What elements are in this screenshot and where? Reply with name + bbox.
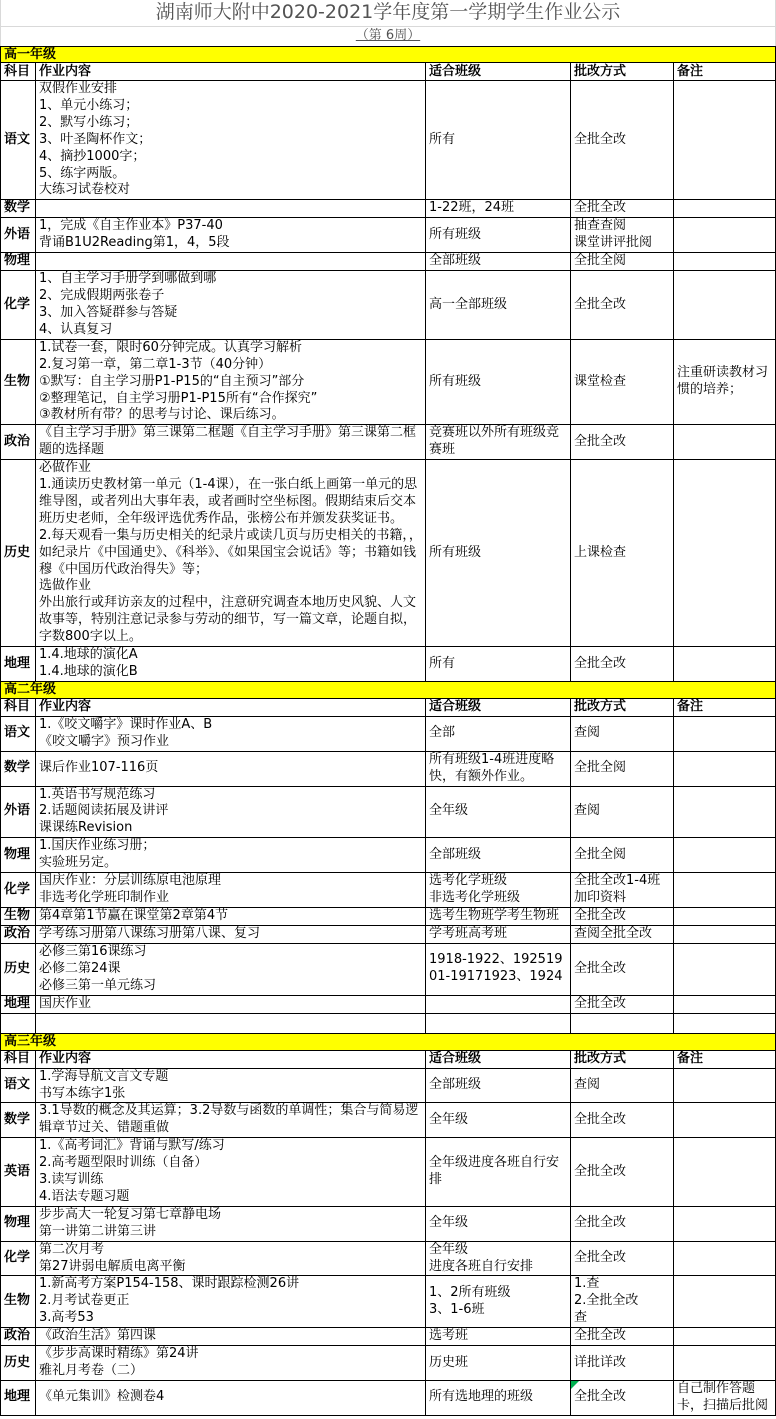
column-header: 批改方式 [571, 63, 674, 81]
content-cell-text: 《自主学习手册》第三课第二框题《自主学习手册》第三课第二框题的选择题 [39, 425, 422, 459]
grading-cell: 抽查查阅 课堂讲评批阅 [571, 218, 674, 253]
column-header: 备注 [674, 1051, 776, 1069]
grading-cell: 查阅 [571, 717, 674, 752]
column-header: 科目 [1, 63, 36, 81]
content-cell-text: 《政治生活》第四课 [39, 1328, 422, 1345]
table-row: 物理全部班级全批全阅 [1, 253, 776, 271]
subject-cell: 政治 [1, 926, 36, 944]
column-header: 批改方式 [571, 1051, 674, 1069]
subject-cell-text: 数学 [4, 1112, 32, 1129]
notes-cell [674, 1276, 776, 1328]
subject-cell: 地理 [1, 996, 36, 1014]
content-cell: 国庆作业 [36, 996, 426, 1014]
homework-notice-sheet: 湖南师大附中2020-2021学年度第一学期学生作业公示 （第 6周） 高一年级… [0, 0, 776, 1419]
content-cell: 1.新高考方案P154-158、课时跟踪检测26讲 2.月考试卷更正 3.高考5… [36, 1276, 426, 1328]
column-header-label: 批改方式 [574, 1051, 670, 1067]
content-cell-text: 课后作业107-116页 [39, 760, 422, 777]
subject-cell-text: 历史 [4, 961, 32, 978]
classes-cell: 选考化学班级 非选考化学班级 [426, 873, 571, 908]
classes-cell-text: 学考班高考班 [429, 926, 567, 943]
content-cell: 1.国庆作业练习册； 实验班另定。 [36, 838, 426, 873]
classes-cell-text: 所有 [429, 656, 567, 673]
subject-cell-text: 化学 [4, 1250, 32, 1267]
grading-cell-text: 全批全改 [574, 656, 670, 673]
notes-cell [674, 717, 776, 752]
content-cell-text: 1，完成《自主作业本》P37-40 背诵B1U2Reading第1，4，5段 [39, 218, 422, 252]
content-cell-text: 1.4.地球的演化A 1.4.地球的演化B [39, 647, 422, 681]
grading-cell-text: 全批全改 [574, 1250, 670, 1267]
document-title: 湖南师大附中2020-2021学年度第一学期学生作业公示 [1, 0, 775, 27]
notes-cell: 自己制作答题卡，扫描后批阅 [674, 1381, 776, 1416]
subject-cell [1, 1014, 36, 1034]
classes-cell [426, 1014, 571, 1034]
grading-cell: 全批全阅 [571, 752, 674, 787]
classes-cell: 所有选地理的班级 [426, 1381, 571, 1416]
notes-cell [674, 996, 776, 1014]
content-cell [36, 200, 426, 218]
grading-cell-text: 查阅 [574, 803, 670, 820]
table-row: 语文双假作业安排 1、单元小练习； 2、默写小练习； 3、叶圣陶杯作文； 4、摘… [1, 81, 776, 200]
column-header-label: 作业内容 [39, 1051, 422, 1067]
column-header-label: 备注 [677, 699, 772, 715]
grading-cell: 全批全改 [571, 944, 674, 996]
grading-cell-text: 全批全改 [574, 1389, 670, 1406]
notes-cell [674, 1138, 776, 1207]
grading-cell: 全批全阅 [571, 253, 674, 271]
classes-cell-text: 全年级 [429, 1112, 567, 1129]
grading-cell: 全批全改 [571, 1138, 674, 1207]
classes-cell-text: 全部 [429, 725, 567, 742]
content-cell-text: 国庆作业：分层训练原电池原理 非选考化学班印制作业 [39, 873, 422, 907]
classes-cell-text: 全年级进度各班自行安排 [429, 1155, 567, 1189]
subject-cell: 历史 [1, 1346, 36, 1381]
classes-cell [426, 996, 571, 1014]
subject-cell: 语文 [1, 717, 36, 752]
content-cell-text: 第二次月考 第27讲弱电解质电离平衡 [39, 1242, 422, 1276]
grading-cell-text: 全批全改 [574, 1112, 670, 1129]
classes-cell: 所有 [426, 647, 571, 682]
grading-cell: 全批全改 [571, 1103, 674, 1138]
classes-cell-text: 1、2所有班级 3、1-6班 [429, 1285, 567, 1319]
subject-cell: 地理 [1, 1381, 36, 1416]
grading-cell: 全批全改 [571, 1242, 674, 1277]
subject-cell: 化学 [1, 873, 36, 908]
grading-cell: 全批全阅 [571, 838, 674, 873]
classes-cell-text: 选考生物班学考生物班 [429, 908, 567, 925]
content-cell-text: 双假作业安排 1、单元小练习； 2、默写小练习； 3、叶圣陶杯作文； 4、摘抄1… [39, 81, 422, 199]
column-header: 批改方式 [571, 699, 674, 717]
subject-cell-text: 政治 [4, 1328, 32, 1345]
grading-cell: 查阅 [571, 787, 674, 839]
subject-cell: 外语 [1, 218, 36, 253]
grade-sections: 高一年级科目作业内容适合班级批改方式备注语文双假作业安排 1、单元小练习； 2、… [0, 46, 776, 1416]
column-header: 适合班级 [426, 1051, 571, 1069]
subject-cell-text: 化学 [4, 297, 32, 314]
column-header-label: 科目 [4, 699, 32, 715]
grading-cell: 全批全改 [571, 1328, 674, 1346]
table-row [1, 1014, 776, 1034]
comment-marker-icon [571, 1381, 579, 1389]
content-cell-text: 学考练习册第八课练习册第八课、复习 [39, 926, 422, 943]
notes-cell [674, 752, 776, 787]
classes-cell: 全部班级 [426, 1069, 571, 1104]
column-header-label: 批改方式 [574, 699, 670, 715]
notes-cell [674, 1346, 776, 1381]
subject-cell-text: 物理 [4, 1215, 32, 1232]
classes-cell: 1918-1922、19251901-19171923、1924 [426, 944, 571, 996]
classes-cell: 学考班高考班 [426, 926, 571, 944]
classes-cell: 选考生物班学考生物班 [426, 908, 571, 926]
classes-cell-text: 选考班 [429, 1328, 567, 1345]
grading-cell-text: 全批全改 [574, 961, 670, 978]
classes-cell: 高一全部班级 [426, 271, 571, 340]
subject-cell-text: 地理 [4, 1389, 32, 1406]
notes-cell [674, 1069, 776, 1104]
content-cell: 学考练习册第八课练习册第八课、复习 [36, 926, 426, 944]
grading-cell-text: 全批全改 [574, 1164, 670, 1181]
table-row: 数学3.1导数的概念及其运算；3.2导数与函数的单调性；集合与简易逻辑章节过关、… [1, 1103, 776, 1138]
grading-cell-text: 1.查 2.全批全改 查 [574, 1276, 670, 1327]
content-cell: 《单元集训》检测卷4 [36, 1381, 426, 1416]
subject-cell-text: 数学 [4, 200, 32, 217]
notes-cell [674, 838, 776, 873]
subject-cell-text: 生物 [4, 374, 32, 391]
content-cell: 3.1导数的概念及其运算；3.2导数与函数的单调性；集合与简易逻辑章节过关、错题… [36, 1103, 426, 1138]
classes-cell-text: 1-22班，24班 [429, 200, 567, 217]
notes-cell: 注重研读教材习惯的培养； [674, 340, 776, 426]
table-row: 化学1、自主学习手册学到哪做到哪 2、完成假期两张卷子 3、加入答疑群参与答疑 … [1, 271, 776, 340]
subject-cell-text: 地理 [4, 656, 32, 673]
content-cell-text: 国庆作业 [39, 996, 422, 1013]
classes-cell: 全部班级 [426, 838, 571, 873]
content-cell-text: 《单元集训》检测卷4 [39, 1389, 422, 1406]
classes-cell-text: 历史班 [429, 1355, 567, 1372]
content-cell: 1.4.地球的演化A 1.4.地球的演化B [36, 647, 426, 682]
content-cell-text: 1.《咬文嚼字》课时作业A、B 《咬文嚼字》预习作业 [39, 717, 422, 751]
column-header-label: 科目 [4, 64, 32, 80]
content-cell: 必修三第16课练习 必修二第24课 必修三第一单元练习 [36, 944, 426, 996]
content-cell: 课后作业107-116页 [36, 752, 426, 787]
classes-cell: 竞赛班以外所有班级竞赛班 [426, 425, 571, 460]
grading-cell: 全批全改 [571, 271, 674, 340]
subject-cell-text: 外语 [4, 803, 32, 820]
grading-cell-text: 全批全改 [574, 297, 670, 314]
notes-cell [674, 218, 776, 253]
content-cell: 必做作业 1.通读历史教材第一单元（1-4课），在一张白纸上画第一单元的思维导图… [36, 460, 426, 647]
column-header: 作业内容 [36, 699, 426, 717]
subject-cell: 化学 [1, 271, 36, 340]
content-cell: 双假作业安排 1、单元小练习； 2、默写小练习； 3、叶圣陶杯作文； 4、摘抄1… [36, 81, 426, 200]
subject-cell-text: 历史 [4, 545, 32, 562]
subject-cell-text: 物理 [4, 253, 32, 270]
column-header: 适合班级 [426, 63, 571, 81]
grade-section-banner: 高二年级 [1, 682, 776, 699]
classes-cell: 全年级 [426, 787, 571, 839]
column-header-label: 适合班级 [429, 64, 567, 80]
subject-cell-text: 语文 [4, 725, 32, 742]
notes-cell [674, 908, 776, 926]
classes-cell-text: 所有班级 [429, 374, 567, 391]
grading-cell: 查阅全批全改 [571, 926, 674, 944]
column-header-label: 作业内容 [39, 699, 422, 715]
content-cell [36, 253, 426, 271]
header-row: 科目作业内容适合班级批改方式备注 [1, 699, 776, 717]
table-row: 生物第4章第1节赢在课堂第2章第4节选考生物班学考生物班全批全改 [1, 908, 776, 926]
subject-cell-text: 英语 [4, 1164, 32, 1181]
grading-cell-text: 详批详改 [574, 1355, 670, 1372]
column-header: 适合班级 [426, 699, 571, 717]
subject-cell-text: 语文 [4, 132, 32, 149]
content-cell: 1.《高考词汇》背诵与默写/练习 2.高考题型限时训练（自备） 3.读写训练 4… [36, 1138, 426, 1207]
content-cell-text: 步步高大一轮复习第七章静电场 第一讲第二讲第三讲 [39, 1207, 422, 1241]
grading-cell: 全批全改 [571, 1207, 674, 1242]
notes-cell [674, 81, 776, 200]
subject-cell: 物理 [1, 1207, 36, 1242]
content-cell: 1.试卷一套，限时60分钟完成。认真学习解析 2.复习第一章，第二章1-3节（4… [36, 340, 426, 426]
subject-cell: 语文 [1, 1069, 36, 1104]
subject-cell: 生物 [1, 1276, 36, 1328]
grading-cell-text: 全批全改1-4班加印资料 [574, 873, 670, 907]
column-header-label: 适合班级 [429, 699, 567, 715]
column-header: 作业内容 [36, 63, 426, 81]
grading-cell-text: 全批全改 [574, 200, 670, 217]
content-cell-text: 1.《高考词汇》背诵与默写/练习 2.高考题型限时训练（自备） 3.读写训练 4… [39, 1138, 422, 1206]
classes-cell: 历史班 [426, 1346, 571, 1381]
table-row: 地理1.4.地球的演化A 1.4.地球的演化B所有全批全改 [1, 647, 776, 682]
grading-cell: 全批全改 [571, 200, 674, 218]
subject-cell-text: 数学 [4, 760, 32, 777]
subject-cell-text: 政治 [4, 434, 32, 451]
classes-cell: 1、2所有班级 3、1-6班 [426, 1276, 571, 1328]
notes-cell [674, 425, 776, 460]
table-row: 政治学考练习册第八课练习册第八课、复习学考班高考班查阅全批全改 [1, 926, 776, 944]
classes-cell-text: 所有班级 [429, 545, 567, 562]
grading-cell-text: 查阅 [574, 725, 670, 742]
content-cell-text: 《步步高课时精练》第24讲 雅礼月考卷（二） [39, 1346, 422, 1380]
content-cell-text: 1、自主学习手册学到哪做到哪 2、完成假期两张卷子 3、加入答疑群参与答疑 4、… [39, 271, 422, 339]
grading-cell: 全批全改 [571, 425, 674, 460]
subject-cell-text: 生物 [4, 1293, 32, 1310]
table-row: 生物1.新高考方案P154-158、课时跟踪检测26讲 2.月考试卷更正 3.高… [1, 1276, 776, 1328]
notes-cell [674, 460, 776, 647]
subject-cell: 历史 [1, 944, 36, 996]
column-header: 备注 [674, 699, 776, 717]
grading-cell-text: 课堂检查 [574, 374, 670, 391]
table-row: 外语1，完成《自主作业本》P37-40 背诵B1U2Reading第1，4，5段… [1, 218, 776, 253]
classes-cell-text: 全年级 [429, 1215, 567, 1232]
column-header-label: 科目 [4, 1051, 32, 1067]
grading-cell: 全批全改 [571, 996, 674, 1014]
table-row: 政治《自主学习手册》第三课第二框题《自主学习手册》第三课第二框题的选择题竞赛班以… [1, 425, 776, 460]
notes-cell [674, 873, 776, 908]
classes-cell-text: 选考化学班级 非选考化学班级 [429, 873, 567, 907]
header-row: 科目作业内容适合班级批改方式备注 [1, 1051, 776, 1069]
classes-cell-text: 全部班级 [429, 847, 567, 864]
content-cell: 1.《咬文嚼字》课时作业A、B 《咬文嚼字》预习作业 [36, 717, 426, 752]
subject-cell-text: 化学 [4, 882, 32, 899]
table-row: 数学1-22班，24班全批全改 [1, 200, 776, 218]
content-cell: 第二次月考 第27讲弱电解质电离平衡 [36, 1242, 426, 1277]
column-header: 科目 [1, 699, 36, 717]
notes-cell [674, 1328, 776, 1346]
notes-cell [674, 271, 776, 340]
subject-cell: 政治 [1, 425, 36, 460]
content-cell: 1、自主学习手册学到哪做到哪 2、完成假期两张卷子 3、加入答疑群参与答疑 4、… [36, 271, 426, 340]
classes-cell-text: 所有班级1-4班进度略快，有额外作业。 [429, 752, 567, 786]
table-row: 英语1.《高考词汇》背诵与默写/练习 2.高考题型限时训练（自备） 3.读写训练… [1, 1138, 776, 1207]
content-cell-text: 1.新高考方案P154-158、课时跟踪检测26讲 2.月考试卷更正 3.高考5… [39, 1276, 422, 1327]
header-row: 科目作业内容适合班级批改方式备注 [1, 63, 776, 81]
classes-cell: 全年级 进度各班自行安排 [426, 1242, 571, 1277]
subject-cell-text: 物理 [4, 847, 32, 864]
grading-cell-text: 查阅 [574, 1077, 670, 1094]
grading-cell: 全批全改1-4班加印资料 [571, 873, 674, 908]
grading-cell-text: 全批全阅 [574, 847, 670, 864]
content-cell-text: 1.学海导航文言文专题 书写本练字1张 [39, 1069, 422, 1103]
content-cell-text: 必修三第16课练习 必修二第24课 必修三第一单元练习 [39, 944, 422, 995]
grading-cell-text: 查阅全批全改 [574, 926, 670, 943]
classes-cell: 全部 [426, 717, 571, 752]
subject-cell-text: 政治 [4, 926, 32, 943]
subject-cell: 外语 [1, 787, 36, 839]
table-row: 历史必修三第16课练习 必修二第24课 必修三第一单元练习1918-1922、1… [1, 944, 776, 996]
grading-cell [571, 1014, 674, 1034]
grading-cell-text: 全批全阅 [574, 760, 670, 777]
content-cell-text: 1.英语书写规范练习 2.话题阅读拓展及讲评 课课练Revision [39, 787, 422, 838]
notes-cell [674, 787, 776, 839]
grade-section-banner: 高三年级 [1, 1034, 776, 1051]
grading-cell: 全批全改 [571, 908, 674, 926]
table-row: 化学第二次月考 第27讲弱电解质电离平衡全年级 进度各班自行安排全批全改 [1, 1242, 776, 1277]
week-subtitle: （第 6周） [356, 28, 420, 43]
column-header: 备注 [674, 63, 776, 81]
subject-cell: 化学 [1, 1242, 36, 1277]
classes-cell: 所有班级1-4班进度略快，有额外作业。 [426, 752, 571, 787]
table-row: 历史必做作业 1.通读历史教材第一单元（1-4课），在一张白纸上画第一单元的思维… [1, 460, 776, 647]
grading-cell-text: 全批全改 [574, 1215, 670, 1232]
column-header-label: 作业内容 [39, 64, 422, 80]
table-row: 语文1.学海导航文言文专题 书写本练字1张全部班级查阅 [1, 1069, 776, 1104]
column-header: 科目 [1, 1051, 36, 1069]
notes-cell [674, 647, 776, 682]
classes-cell-text: 1918-1922、19251901-19171923、1924 [429, 952, 567, 986]
content-cell: 1，完成《自主作业本》P37-40 背诵B1U2Reading第1，4，5段 [36, 218, 426, 253]
column-header: 作业内容 [36, 1051, 426, 1069]
grading-cell: 查阅 [571, 1069, 674, 1104]
table-row: 数学课后作业107-116页所有班级1-4班进度略快，有额外作业。全批全阅 [1, 752, 776, 787]
content-cell: 步步高大一轮复习第七章静电场 第一讲第二讲第三讲 [36, 1207, 426, 1242]
grading-cell: 详批详改 [571, 1346, 674, 1381]
classes-cell-text: 竞赛班以外所有班级竞赛班 [429, 425, 567, 459]
subject-cell-text: 语文 [4, 1077, 32, 1094]
grading-cell: 上课检查 [571, 460, 674, 647]
table-row: 地理国庆作业全批全改 [1, 996, 776, 1014]
classes-cell-text: 全部班级 [429, 253, 567, 270]
content-cell-text: 1.试卷一套，限时60分钟完成。认真学习解析 2.复习第一章，第二章1-3节（4… [39, 340, 422, 425]
subject-cell: 数学 [1, 752, 36, 787]
subject-cell: 英语 [1, 1138, 36, 1207]
grading-cell: 1.查 2.全批全改 查 [571, 1276, 674, 1328]
grade-section-banner: 高一年级 [1, 46, 776, 63]
subject-cell-text: 历史 [4, 1355, 32, 1372]
table-row: 语文1.《咬文嚼字》课时作业A、B 《咬文嚼字》预习作业全部查阅 [1, 717, 776, 752]
subject-cell-text: 地理 [4, 996, 32, 1013]
table-row: 历史《步步高课时精练》第24讲 雅礼月考卷（二）历史班详批详改 [1, 1346, 776, 1381]
subject-cell: 地理 [1, 647, 36, 682]
grading-cell-text: 抽查查阅 课堂讲评批阅 [574, 218, 670, 252]
content-cell-text: 3.1导数的概念及其运算；3.2导数与函数的单调性；集合与简易逻辑章节过关、错题… [39, 1103, 422, 1137]
content-cell: 国庆作业：分层训练原电池原理 非选考化学班印制作业 [36, 873, 426, 908]
content-cell-text: 必做作业 1.通读历史教材第一单元（1-4课），在一张白纸上画第一单元的思维导图… [39, 460, 422, 646]
notes-cell [674, 1242, 776, 1277]
classes-cell-text: 全年级 [429, 803, 567, 820]
classes-cell-text: 全部班级 [429, 1077, 567, 1094]
grading-cell-text: 全批全改 [574, 908, 670, 925]
classes-cell: 所有班级 [426, 218, 571, 253]
subject-cell: 数学 [1, 200, 36, 218]
table-row: 物理1.国庆作业练习册； 实验班另定。全部班级全批全阅 [1, 838, 776, 873]
subject-cell-text: 生物 [4, 908, 32, 925]
subject-cell: 生物 [1, 908, 36, 926]
classes-cell-text: 所有选地理的班级 [429, 1389, 567, 1406]
grading-cell-text: 全批全改 [574, 1328, 670, 1345]
subject-cell: 物理 [1, 838, 36, 873]
table-row: 化学国庆作业：分层训练原电池原理 非选考化学班印制作业选考化学班级 非选考化学班… [1, 873, 776, 908]
document-header: 湖南师大附中2020-2021学年度第一学期学生作业公示 （第 6周） [0, 0, 776, 46]
grading-cell-text: 全批全改 [574, 434, 670, 451]
content-cell: 1.英语书写规范练习 2.话题阅读拓展及讲评 课课练Revision [36, 787, 426, 839]
classes-cell: 选考班 [426, 1328, 571, 1346]
grading-cell: 全批全改 [571, 1381, 674, 1416]
classes-cell: 所有班级 [426, 340, 571, 426]
classes-cell-text: 所有 [429, 132, 567, 149]
subject-cell: 生物 [1, 340, 36, 426]
grade-section: 高三年级科目作业内容适合班级批改方式备注语文1.学海导航文言文专题 书写本练字1… [1, 1034, 776, 1416]
content-cell-text: 1.国庆作业练习册； 实验班另定。 [39, 838, 422, 872]
classes-cell: 全年级 [426, 1103, 571, 1138]
classes-cell: 全年级 [426, 1207, 571, 1242]
content-cell: 1.学海导航文言文专题 书写本练字1张 [36, 1069, 426, 1104]
classes-cell: 1-22班，24班 [426, 200, 571, 218]
notes-cell-text: 自己制作答题卡，扫描后批阅 [677, 1381, 772, 1415]
classes-cell-text: 所有班级 [429, 227, 567, 244]
subject-cell: 物理 [1, 253, 36, 271]
notes-cell [674, 200, 776, 218]
classes-cell: 所有 [426, 81, 571, 200]
subject-cell-text: 外语 [4, 227, 32, 244]
week-subtitle-row: （第 6周） [1, 27, 775, 46]
table-row: 物理步步高大一轮复习第七章静电场 第一讲第二讲第三讲全年级全批全改 [1, 1207, 776, 1242]
grading-cell: 课堂检查 [571, 340, 674, 426]
notes-cell [674, 253, 776, 271]
grading-cell: 全批全改 [571, 647, 674, 682]
table-row: 外语1.英语书写规范练习 2.话题阅读拓展及讲评 课课练Revision全年级查… [1, 787, 776, 839]
grading-cell-text: 全批全阅 [574, 253, 670, 270]
grading-cell-text: 全批全改 [574, 132, 670, 149]
notes-cell [674, 1014, 776, 1034]
column-header-label: 备注 [677, 1051, 772, 1067]
grade-section: 高一年级科目作业内容适合班级批改方式备注语文双假作业安排 1、单元小练习； 2、… [1, 46, 776, 682]
classes-cell: 全部班级 [426, 253, 571, 271]
grading-cell-text: 上课检查 [574, 545, 670, 562]
column-header-label: 备注 [677, 64, 772, 80]
notes-cell [674, 1103, 776, 1138]
content-cell: 《政治生活》第四课 [36, 1328, 426, 1346]
table-row: 生物1.试卷一套，限时60分钟完成。认真学习解析 2.复习第一章，第二章1-3节… [1, 340, 776, 426]
subject-cell: 历史 [1, 460, 36, 647]
table-row: 地理《单元集训》检测卷4所有选地理的班级全批全改自己制作答题卡，扫描后批阅 [1, 1381, 776, 1416]
classes-cell-text: 高一全部班级 [429, 297, 567, 314]
